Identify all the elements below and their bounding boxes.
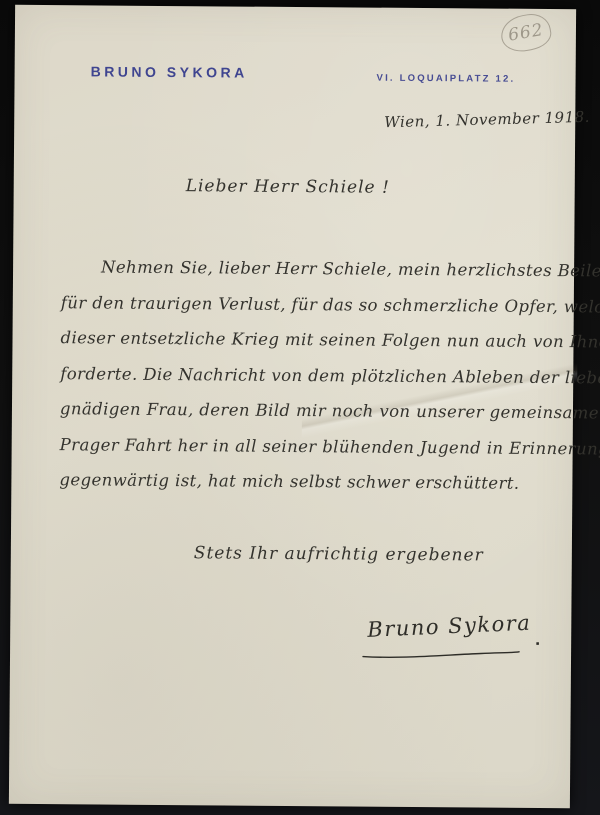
letter-paper: 662 BRUNO SYKORA VI. LOQUAIPLATZ 12. Wie… bbox=[9, 5, 576, 808]
signature: Bruno Sykora bbox=[367, 611, 532, 642]
letter-body: Nehmen Sie, lieber Herr Schiele, mein he… bbox=[59, 249, 567, 501]
archive-number-stamp: 662 bbox=[498, 11, 553, 55]
body-line: gegenwärtig ist, hat mich selbst schwer … bbox=[59, 462, 565, 501]
body-line: für den traurigen Verlust, für das so sc… bbox=[61, 285, 567, 324]
salutation: Lieber Herr Schiele ! bbox=[186, 176, 390, 198]
body-line: Nehmen Sie, lieber Herr Schiele, mein he… bbox=[61, 249, 567, 288]
body-line: Prager Fahrt her in all seiner blühenden… bbox=[60, 427, 566, 466]
body-line: dieser entsetzliche Krieg mit seinen Fol… bbox=[60, 320, 566, 359]
signature-period: . bbox=[535, 629, 540, 650]
dateline: Wien, 1. November 1918. bbox=[384, 108, 590, 132]
closing-line: Stets Ihr aufrichtig ergebener bbox=[194, 543, 484, 565]
letterhead-sender-name: BRUNO SYKORA bbox=[91, 63, 248, 80]
body-line: forderte. Die Nachricht von dem plötzlic… bbox=[60, 356, 566, 395]
scan-background: 662 BRUNO SYKORA VI. LOQUAIPLATZ 12. Wie… bbox=[0, 0, 600, 815]
letterhead-address: VI. LOQUAIPLATZ 12. bbox=[377, 73, 516, 85]
signature-flourish-underline bbox=[361, 646, 521, 661]
signature-block: Bruno Sykora . bbox=[355, 610, 555, 672]
body-line: gnädigen Frau, deren Bild mir noch von u… bbox=[60, 391, 566, 430]
